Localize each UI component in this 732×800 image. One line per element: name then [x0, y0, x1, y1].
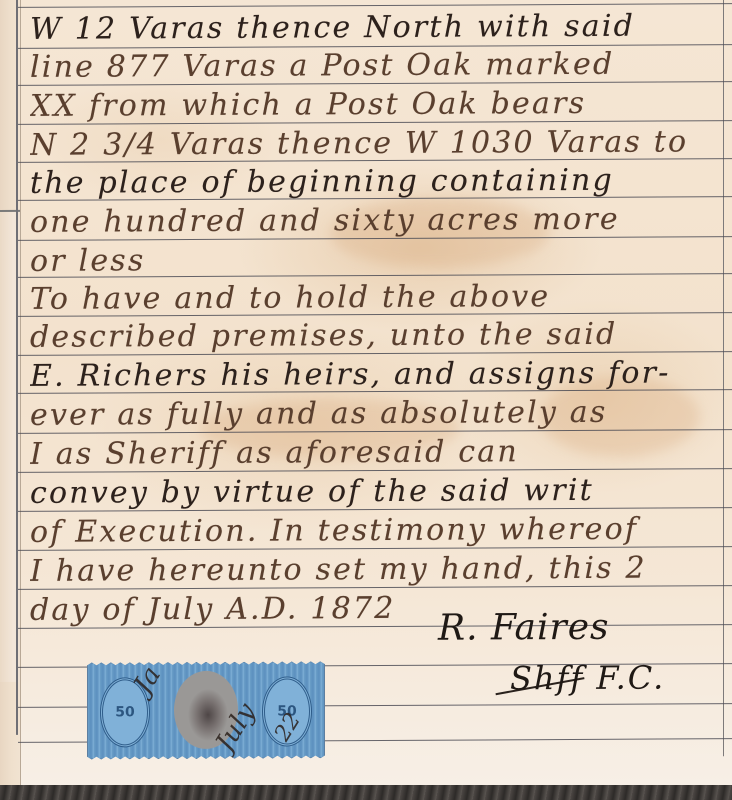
- handwritten-line: the place of beginning containing: [30, 160, 720, 204]
- ledger-page: W 12 Varas thence North with said line 8…: [0, 0, 732, 790]
- handwritten-line: or less: [30, 238, 720, 282]
- handwritten-line: ever as fully and as absolutely as: [30, 392, 720, 436]
- handwritten-line: of Execution. In testimony whereof: [30, 509, 720, 553]
- right-margin-rule: [723, 0, 724, 756]
- handwritten-line: described premises, unto the said: [30, 314, 720, 358]
- handwritten-line: XX from which a Post Oak bears: [30, 83, 720, 127]
- handwritten-line: day of July A.D. 1872: [30, 589, 430, 631]
- handwritten-line: I as Sheriff as aforesaid can: [30, 431, 720, 475]
- handwritten-line: convey by virtue of the said writ: [30, 470, 720, 514]
- handwritten-line: E. Richers his heirs, and assigns for-: [30, 353, 720, 397]
- handwritten-line: line 877 Varas a Post Oak marked: [30, 44, 720, 88]
- signature-name: R. Faires: [438, 607, 610, 649]
- handwritten-line: W 12 Varas thence North with said: [30, 6, 720, 50]
- handwritten-line: To have and to hold the above: [30, 276, 720, 320]
- signature-title: Shff F.C.: [510, 659, 665, 698]
- book-binding-edge: [0, 785, 732, 800]
- handwritten-line: one hundred and sixty acres more: [30, 199, 720, 243]
- margin-rule: [16, 0, 18, 735]
- handwritten-line: I have hereunto set my hand, this 2: [30, 548, 720, 592]
- revenue-stamp: 50 50 Ja July 22: [87, 661, 325, 759]
- handwritten-line: N 2 3/4 Varas thence W 1030 Varas to: [30, 122, 720, 166]
